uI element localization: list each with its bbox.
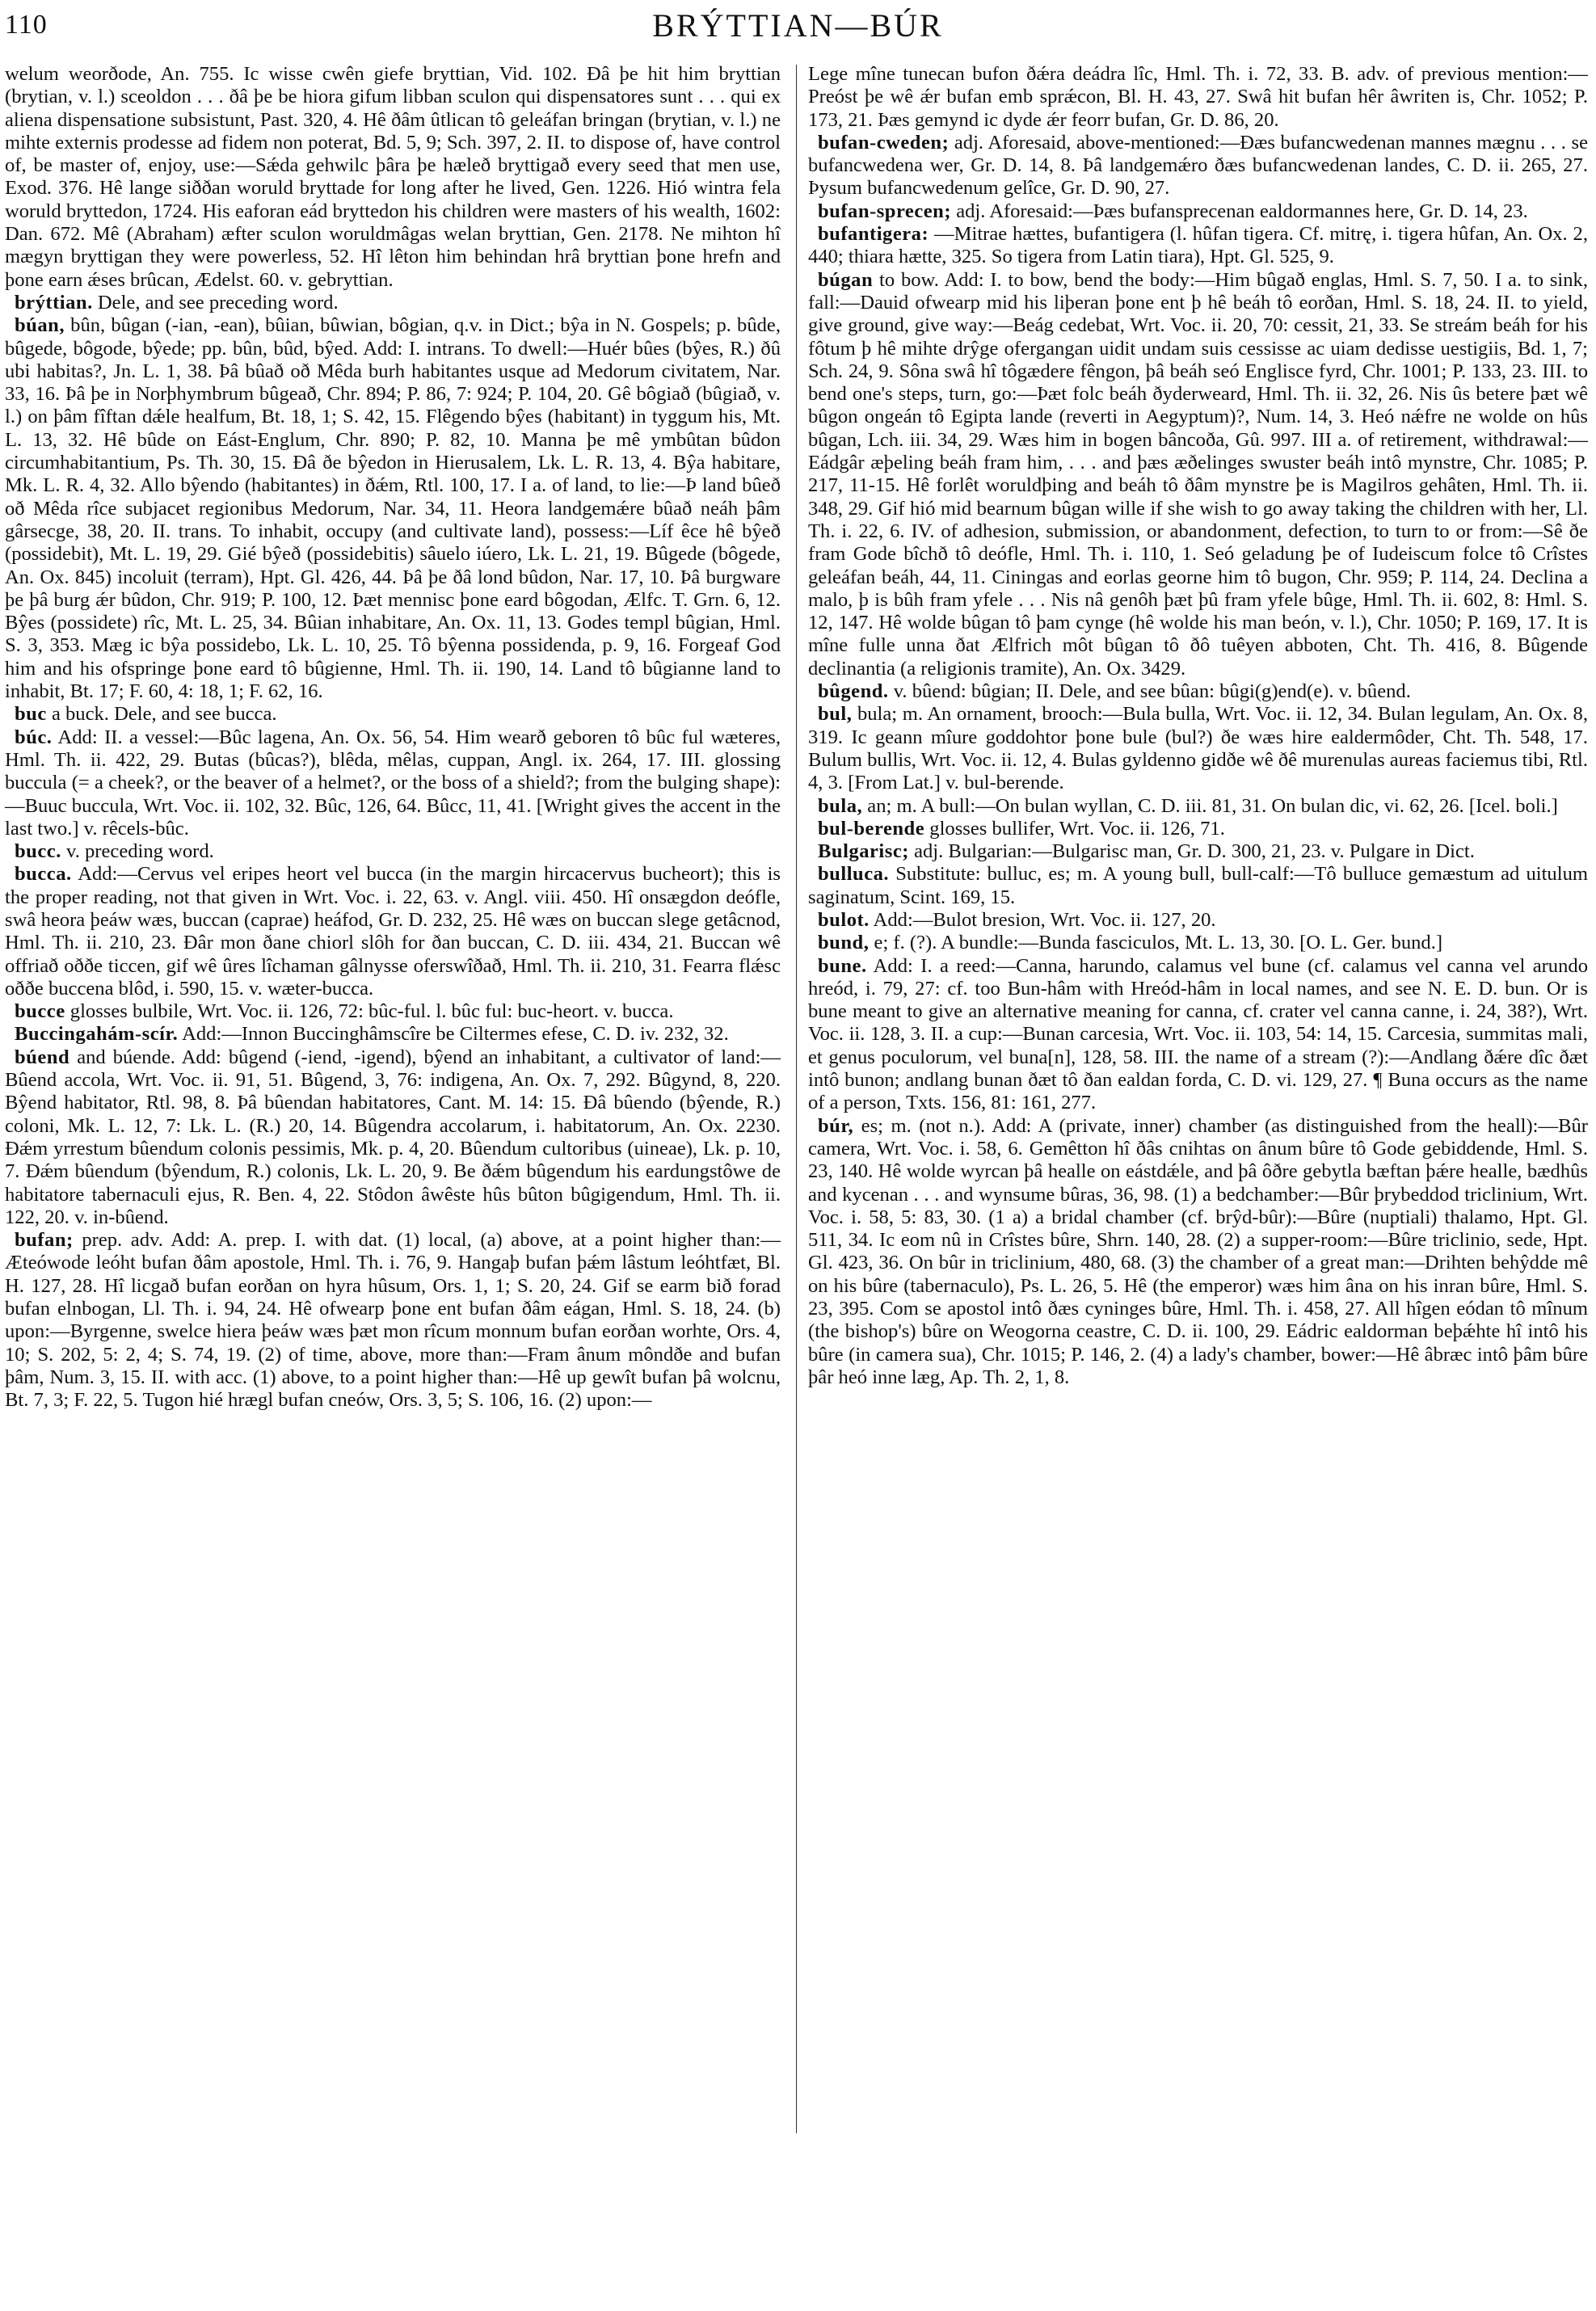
- dictionary-entry: Bulgarisc; adj. Bulgarian:—Bulgarisc man…: [808, 840, 1588, 863]
- running-head: BRÝTTIAN—BÚR: [0, 6, 1596, 44]
- entry-headword: búan,: [15, 314, 65, 336]
- entry-headword: bucce: [15, 1000, 65, 1022]
- entry-text: glosses bulbile, Wrt. Voc. ii. 126, 72: …: [70, 1000, 674, 1022]
- dictionary-entry: buc a buck. Dele, and see bucca.: [5, 703, 781, 726]
- dictionary-entry: bulluca. Substitute: bulluc, es; m. A yo…: [808, 863, 1588, 909]
- entry-headword: bufantigera:: [818, 223, 929, 245]
- entry-headword: bulluca.: [818, 863, 889, 885]
- dictionary-entry: brýttian. Dele, and see preceding word.: [5, 292, 781, 314]
- entry-text: Dele, and see preceding word.: [98, 292, 339, 314]
- entry-text: Add: II. a vessel:—Bûc lagena, An. Ox. 5…: [5, 726, 781, 840]
- entry-text: Add: I. a reed:—Canna, harundo, calamus …: [808, 955, 1588, 1114]
- entry-headword: bune.: [818, 955, 867, 977]
- entry-headword: bulot.: [818, 909, 870, 931]
- entry-text: an; m. A bull:—On bulan wyllan, C. D. ii…: [867, 795, 1558, 817]
- entry-text: glosses bullifer, Wrt. Voc. ii. 126, 71.: [929, 818, 1225, 840]
- entry-text: bula; m. An ornament, brooch:—Bula bulla…: [808, 703, 1588, 793]
- entry-text: Add:—Innon Buccinghâmscîre be Ciltermes …: [182, 1023, 729, 1045]
- entry-text: bûn, bûgan (-ian, -ean), bûian, bûwian, …: [5, 314, 781, 702]
- entry-text: es; m. (not n.). Add: A (private, inner)…: [808, 1115, 1588, 1388]
- dictionary-entry: bund, e; f. (?). A bundle:—Bunda fascicu…: [808, 932, 1588, 954]
- dictionary-entry: bune. Add: I. a reed:—Canna, harundo, ca…: [808, 955, 1588, 1115]
- entry-headword: Buccingahám-scír.: [15, 1023, 178, 1045]
- entry-headword: brýttian.: [15, 292, 93, 314]
- dictionary-entry: bûgend. v. bûend: bûgian; II. Dele, and …: [808, 680, 1588, 703]
- entry-text: welum weorðode, An. 755. Ic wisse cwên g…: [5, 63, 781, 291]
- entry-headword: bund,: [818, 932, 869, 953]
- entry-headword: bufan;: [15, 1229, 74, 1251]
- dictionary-entry: bucc. v. preceding word.: [5, 840, 781, 863]
- entry-text: and búende. Add: bûgend (-iend, -igend),…: [5, 1046, 781, 1228]
- dictionary-entry: búgan to bow. Add: I. to bow, bend the b…: [808, 269, 1588, 680]
- dictionary-entry: bula, an; m. A bull:—On bulan wyllan, C.…: [808, 795, 1588, 818]
- entry-headword: búgan: [818, 269, 873, 291]
- left-column: welum weorðode, An. 755. Ic wisse cwên g…: [5, 63, 781, 1412]
- dictionary-entry: búend and búende. Add: bûgend (-iend, -i…: [5, 1046, 781, 1229]
- dictionary-entry: búc. Add: II. a vessel:—Bûc lagena, An. …: [5, 726, 781, 840]
- dictionary-entry: bucca. Add:—Cervus vel eripes heort vel …: [5, 863, 781, 1000]
- entry-headword: bucca.: [15, 863, 72, 885]
- dictionary-entry: bufan-cweden; adj. Aforesaid, above-ment…: [808, 132, 1588, 200]
- entry-headword: bula,: [818, 795, 862, 817]
- entry-headword: bufan-cweden;: [818, 132, 949, 154]
- entry-headword: Bulgarisc;: [818, 840, 909, 862]
- column-divider: [796, 65, 797, 2133]
- entry-text: v. bûend: bûgian; II. Dele, and see bûan…: [894, 680, 1411, 702]
- dictionary-entry: bulot. Add:—Bulot bresion, Wrt. Voc. ii.…: [808, 909, 1588, 932]
- entry-text: to bow. Add: I. to bow, bend the body:—H…: [808, 269, 1588, 680]
- dictionary-entry: welum weorðode, An. 755. Ic wisse cwên g…: [5, 63, 781, 292]
- dictionary-entry: bufantigera: —Mitrae hættes, bufantigera…: [808, 223, 1588, 269]
- page-header: 110 BRÝTTIAN—BÚR: [0, 6, 1596, 55]
- entry-text: adj. Aforesaid:—Þæs bufansprecenan ealdo…: [956, 200, 1528, 222]
- entry-text: Lege mîne tunecan bufon ðǽra deádra lîc,…: [808, 63, 1588, 131]
- entry-text: Add:—Cervus vel eripes heort vel bucca (…: [5, 863, 781, 999]
- dictionary-entry: búr, es; m. (not n.). Add: A (private, i…: [808, 1115, 1588, 1390]
- entry-headword: bucc.: [15, 840, 61, 862]
- entry-text: adj. Bulgarian:—Bulgarisc man, Gr. D. 30…: [914, 840, 1475, 862]
- entry-headword: bûgend.: [818, 680, 889, 702]
- dictionary-entry: bufan; prep. adv. Add: A. prep. I. with …: [5, 1229, 781, 1412]
- entry-text: Add:—Bulot bresion, Wrt. Voc. ii. 127, 2…: [874, 909, 1216, 931]
- entry-headword: buc: [15, 703, 47, 725]
- entry-text: v. preceding word.: [66, 840, 214, 862]
- entry-headword: bul-berende: [818, 818, 924, 840]
- entry-text: e; f. (?). A bundle:—Bunda fasciculos, M…: [874, 932, 1443, 953]
- dictionary-entry: bufan-sprecen; adj. Aforesaid:—Þæs bufan…: [808, 200, 1588, 223]
- entry-text: prep. adv. Add: A. prep. I. with dat. (1…: [5, 1229, 781, 1411]
- entry-text: Substitute: bulluc, es; m. A young bull,…: [808, 863, 1588, 907]
- dictionary-entry: Buccingahám-scír. Add:—Innon Buccinghâms…: [5, 1023, 781, 1046]
- dictionary-entry: Lege mîne tunecan bufon ðǽra deádra lîc,…: [808, 63, 1588, 132]
- entry-headword: búend: [15, 1046, 69, 1068]
- entry-headword: bufan-sprecen;: [818, 200, 951, 222]
- right-column: Lege mîne tunecan bufon ðǽra deádra lîc,…: [808, 63, 1588, 1389]
- entry-headword: búr,: [818, 1115, 853, 1137]
- dictionary-entry: bucce glosses bulbile, Wrt. Voc. ii. 126…: [5, 1000, 781, 1023]
- entry-headword: bul,: [818, 703, 852, 725]
- entry-headword: búc.: [15, 726, 52, 748]
- dictionary-entry: bul-berende glosses bullifer, Wrt. Voc. …: [808, 818, 1588, 840]
- entry-text: a buck. Dele, and see bucca.: [52, 703, 277, 725]
- dictionary-entry: bul, bula; m. An ornament, brooch:—Bula …: [808, 703, 1588, 794]
- dictionary-entry: búan, bûn, bûgan (-ian, -ean), bûian, bû…: [5, 314, 781, 703]
